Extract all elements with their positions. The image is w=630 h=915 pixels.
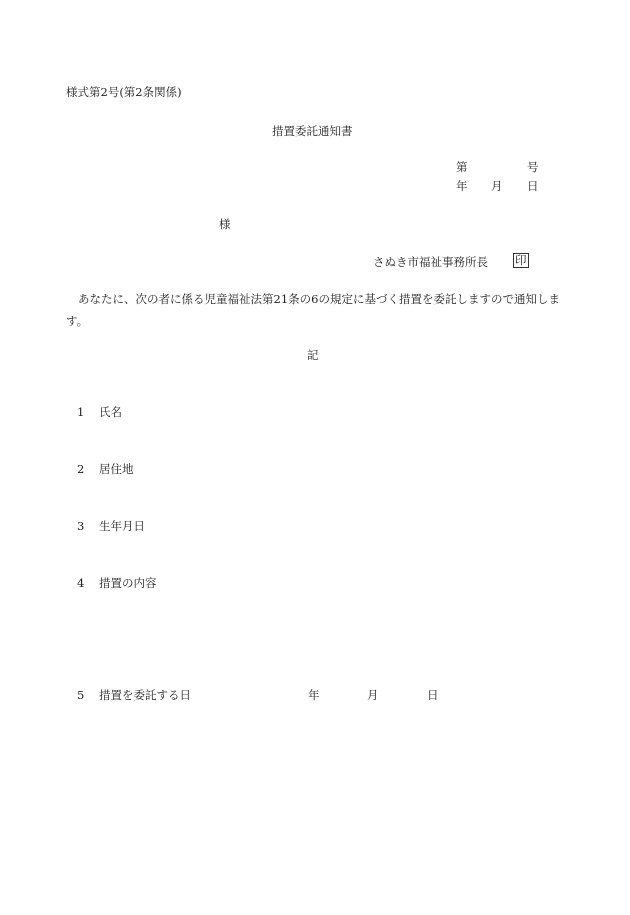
item-label: 居住地 xyxy=(99,462,134,476)
item-number: 4 xyxy=(77,576,84,590)
item-number: 3 xyxy=(77,519,84,533)
sender-title: さぬき市福祉事務所長 xyxy=(373,255,488,269)
date-month: 月 xyxy=(491,179,503,193)
item5-month: 月 xyxy=(367,688,379,702)
item-number: 5 xyxy=(77,688,84,702)
addressee-suffix: 様 xyxy=(219,217,231,231)
ki-heading: 記 xyxy=(307,348,319,362)
item-2: 2 居住地 xyxy=(77,462,133,476)
item-number: 1 xyxy=(77,405,84,419)
date-day: 日 xyxy=(527,179,539,193)
form-label: 様式第2号(第2条関係) xyxy=(66,85,182,99)
item-number: 2 xyxy=(77,462,84,476)
seal-mark: 印 xyxy=(513,253,529,268)
item-label: 措置の内容 xyxy=(99,576,157,590)
item5-day: 日 xyxy=(427,688,439,702)
item-label: 氏名 xyxy=(99,405,122,419)
doc-number-prefix: 第 xyxy=(456,160,468,174)
item-3: 3 生年月日 xyxy=(77,519,145,533)
seal-icon: 印 xyxy=(513,253,529,268)
date-year: 年 xyxy=(456,179,468,193)
item-label: 生年月日 xyxy=(99,519,145,533)
item-5: 5 措置を委託する日 xyxy=(77,688,191,702)
item-1: 1 氏名 xyxy=(77,405,122,419)
item-label: 措置を委託する日 xyxy=(99,688,191,702)
document-title: 措置委託通知書 xyxy=(272,124,353,138)
doc-number-suffix: 号 xyxy=(527,160,539,174)
body-text: あなたに、次の者に係る児童福祉法第21条の6の規定に基づく措置を委託しますので通… xyxy=(66,288,566,332)
item5-year: 年 xyxy=(308,688,320,702)
item-4: 4 措置の内容 xyxy=(77,576,156,590)
